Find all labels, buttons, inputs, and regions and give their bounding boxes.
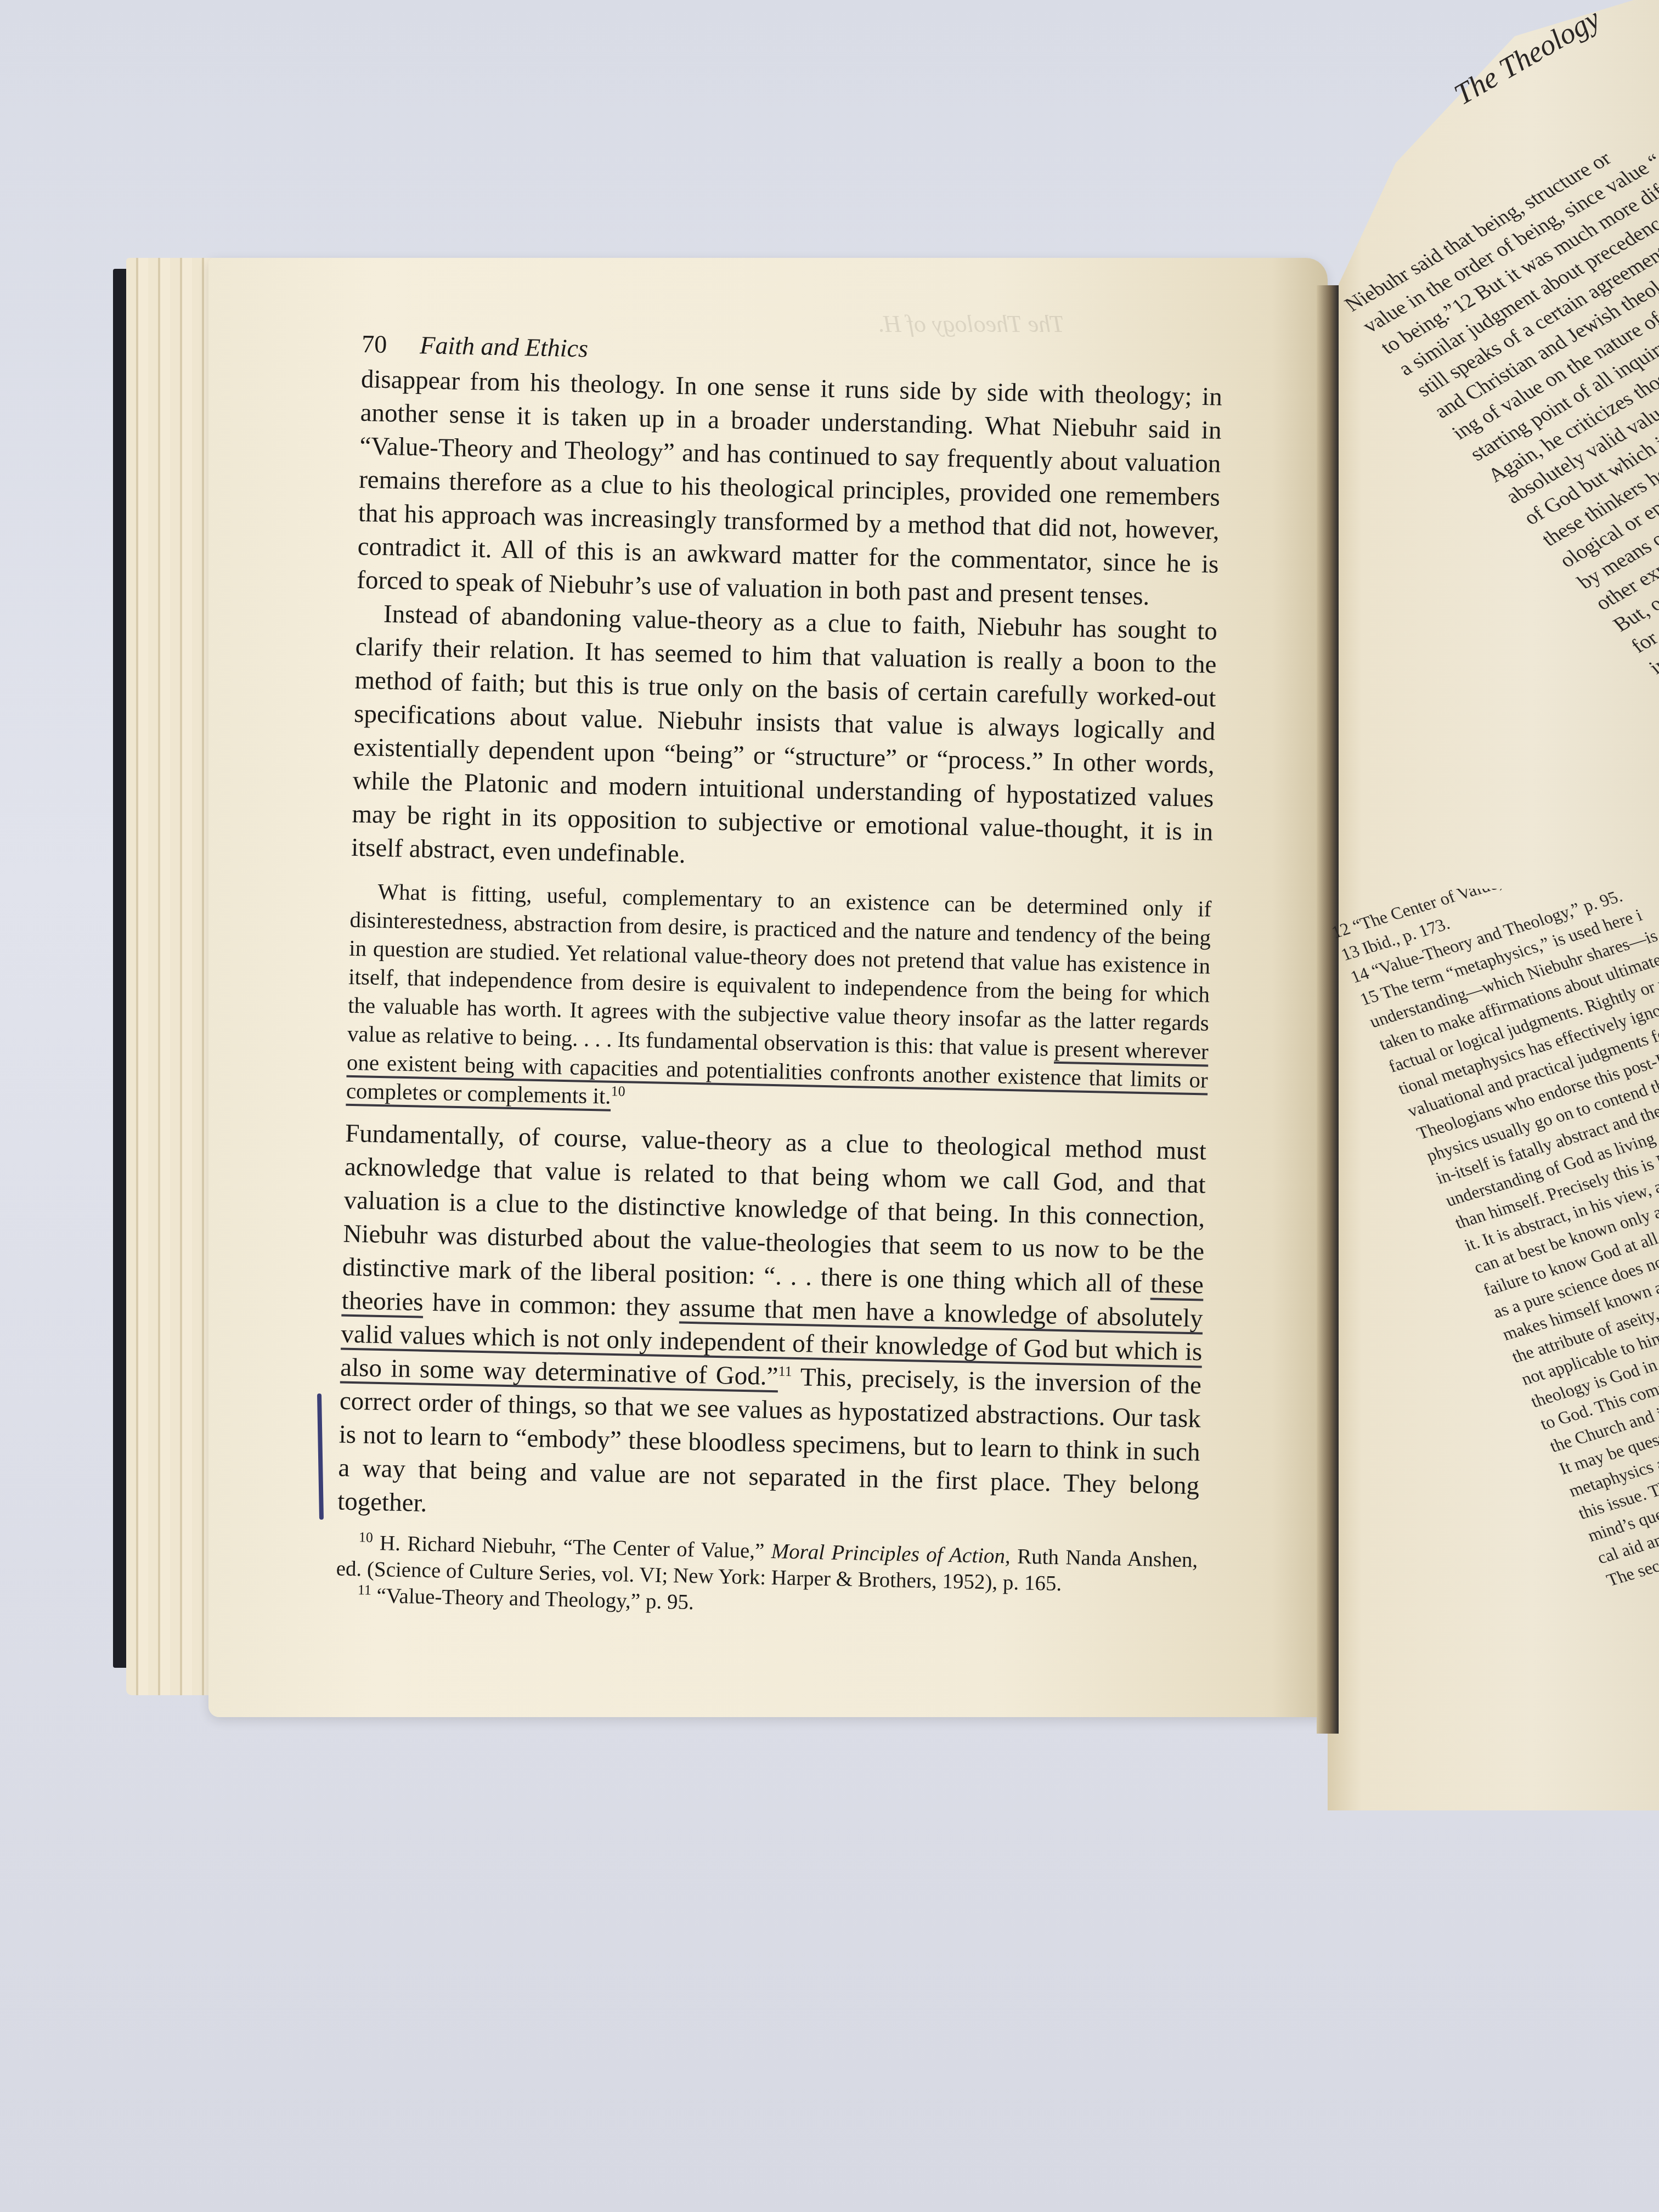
footnote-book-title: Moral Principles of Action, — [771, 1539, 1011, 1568]
book-photo: The Theology of H. 70 Faith and Ethics d… — [0, 0, 1659, 2212]
right-page-lower-text: 12 “The Center of Value,” p. 169. 13 Ibi… — [1317, 889, 1659, 1821]
footnote-ref-11: 11 — [778, 1363, 792, 1380]
paragraph-2: Instead of abandoning value-theory as a … — [351, 597, 1218, 883]
paragraph-3: Fundamentally, of course, value-theory a… — [337, 1117, 1207, 1537]
running-head-title: Faith and Ethics — [420, 330, 589, 363]
paragraph-1: disappear from his theology. In one sens… — [357, 363, 1223, 615]
paragraph-3-text: have in common: they — [423, 1288, 680, 1322]
footnote-number: 10 — [359, 1529, 374, 1545]
bleed-through-running-head: The Theology of H. — [878, 310, 1064, 338]
footnote-number: 11 — [358, 1582, 372, 1598]
block-quote-text: What is fitting, useful, complementary t… — [347, 879, 1212, 1061]
page-number: 70 — [362, 329, 387, 359]
left-page-text: 70 Faith and Ethics disappear from his t… — [335, 329, 1223, 1626]
block-quote: What is fitting, useful, complementary t… — [346, 877, 1211, 1123]
footnote-ref-10: 10 — [611, 1083, 625, 1099]
paragraph-3-text: Fundamentally, of course, value-theory a… — [342, 1119, 1207, 1299]
footnote-text: “Value-Theory and Theology,” p. 95. — [376, 1584, 694, 1614]
